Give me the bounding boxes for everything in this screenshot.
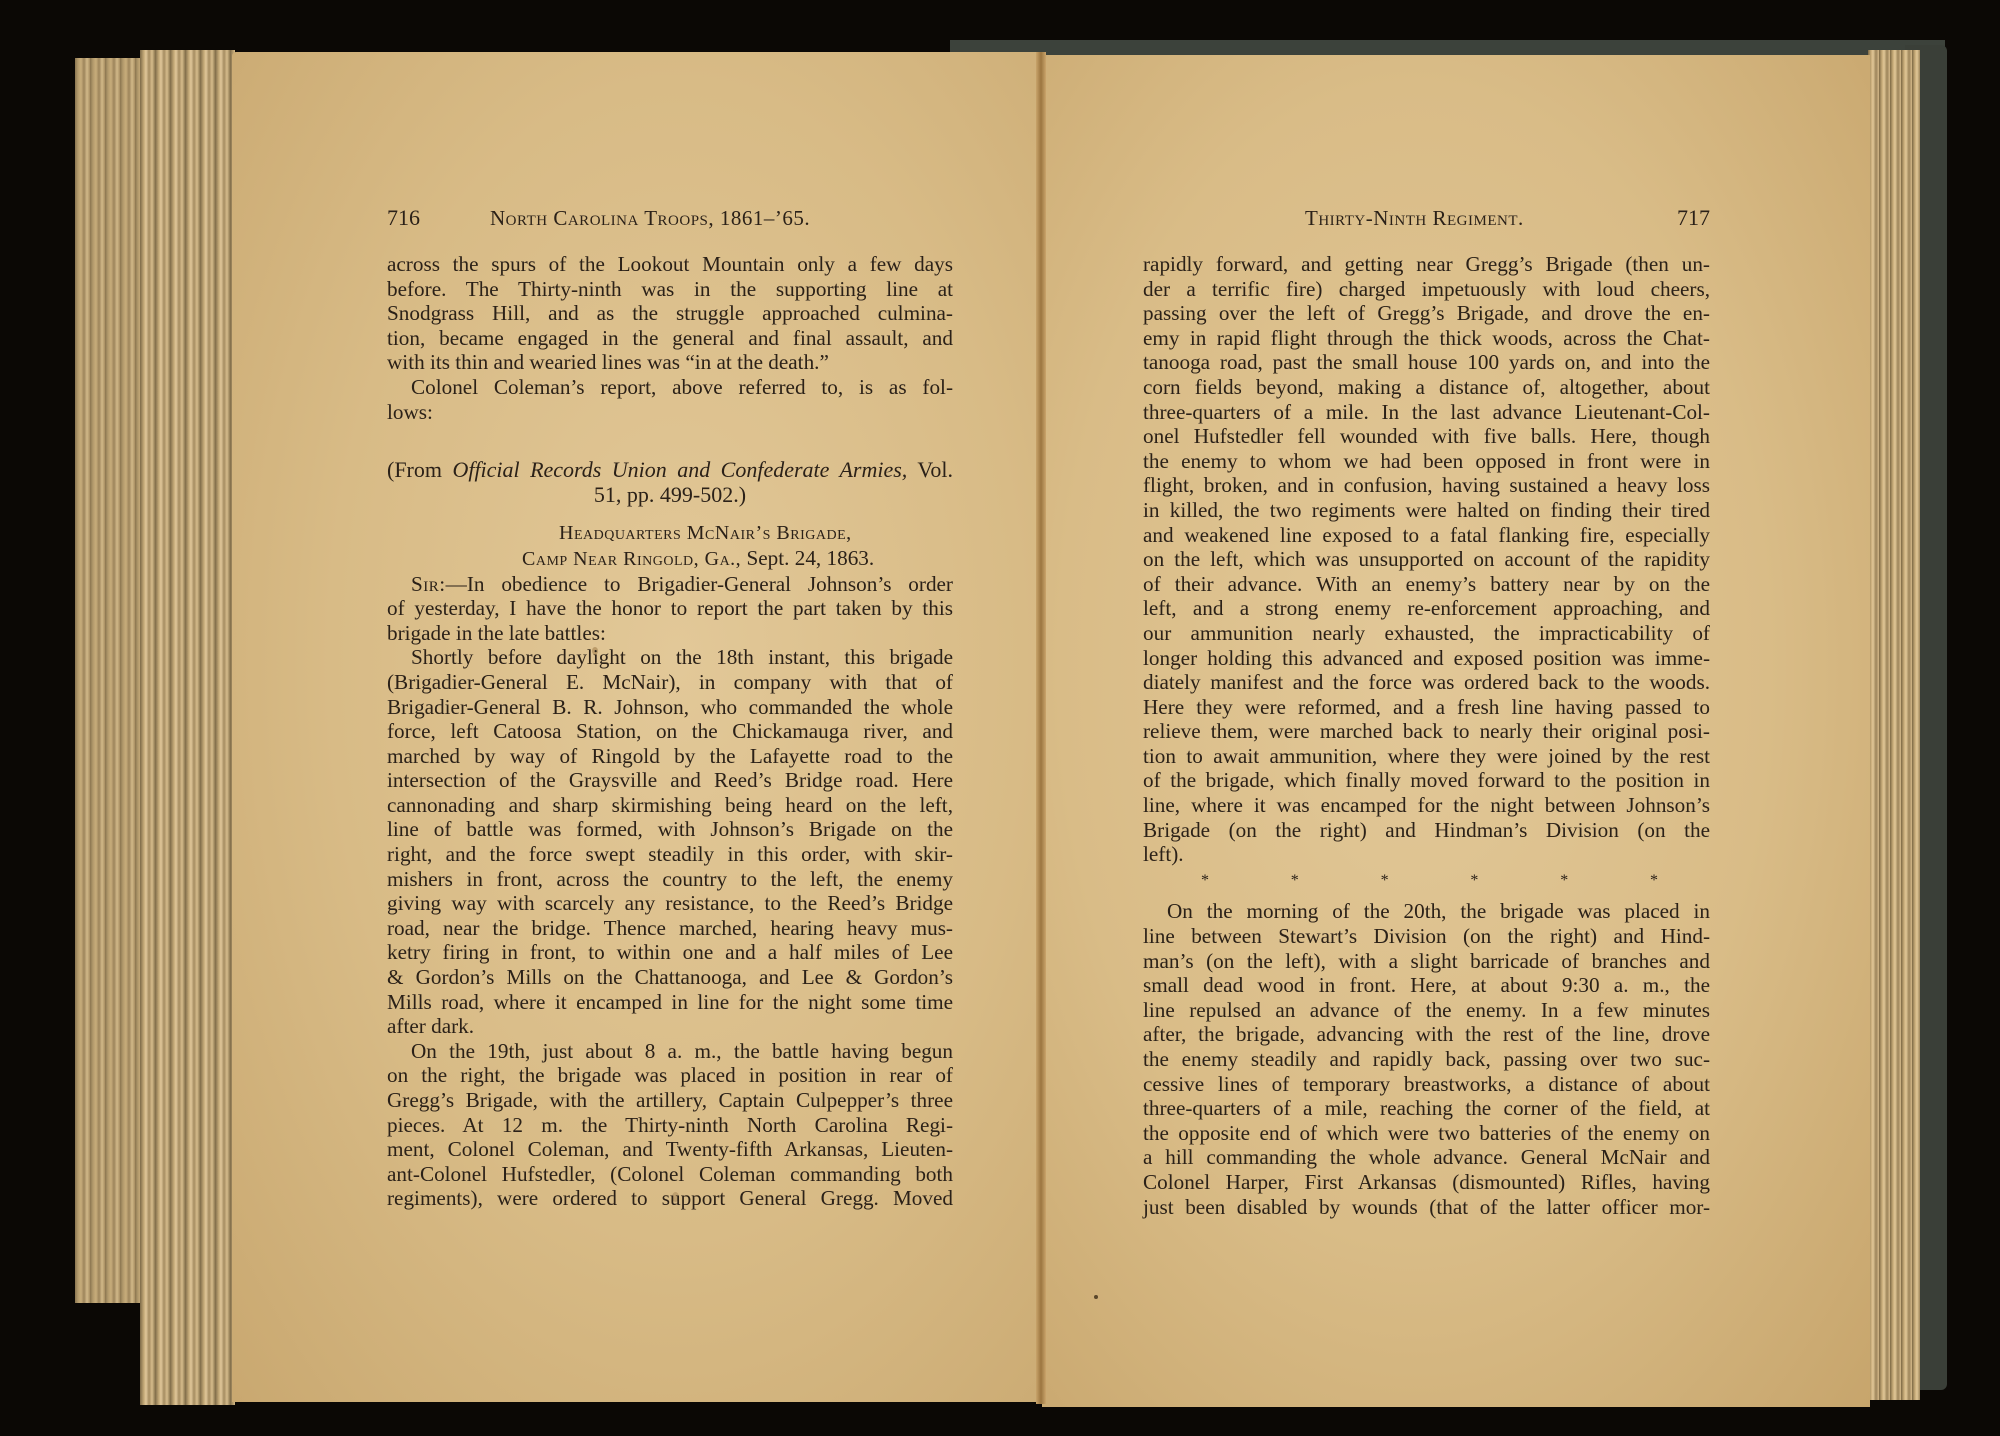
- text-line: the enemy steadily and rapidly back, pas…: [1143, 1047, 1710, 1072]
- ink-dot: [1094, 1295, 1098, 1299]
- text-line: diately manifest and the force was order…: [1143, 670, 1710, 695]
- text-line: Colonel Coleman’s report, above referred…: [387, 375, 953, 400]
- source-note: (From Official Records Union and Confede…: [387, 458, 953, 483]
- text-line: tanooga road, past the small house 100 y…: [1143, 350, 1710, 375]
- text-line: marched by way of Ringold by the Lafayet…: [387, 744, 953, 769]
- text-line: pieces. At 12 m. the Thirty-ninth North …: [387, 1113, 953, 1138]
- source-note-suffix: Vol.: [907, 457, 953, 482]
- text-line: with its thin and wearied lines was “in …: [387, 350, 953, 375]
- text-line: ant-Colonel Hufstedler, (Colonel Coleman…: [387, 1162, 953, 1187]
- text-line: ment, Colonel Coleman, and Twenty-fifth …: [387, 1137, 953, 1162]
- text-line: man’s (on the left), with a slight barri…: [1143, 949, 1710, 974]
- text-line: tion to await ammunition, where they wer…: [1143, 744, 1710, 769]
- text-line: a hill commanding the whole advance. Gen…: [1143, 1145, 1710, 1170]
- text-line: in killed, the two regiments were halted…: [1143, 498, 1710, 523]
- left-text-column: across the spurs of the Lookout Mountain…: [387, 252, 953, 1211]
- star: *: [1650, 869, 1658, 894]
- text-line: der a terrific fire) charged impetuously…: [1143, 277, 1710, 302]
- text-line: & Gordon’s Mills on the Chattanooga, and…: [387, 965, 953, 990]
- page-edges-left-inner: [140, 50, 235, 1405]
- text-line: across the spurs of the Lookout Mountain…: [387, 252, 953, 277]
- star: *: [1201, 869, 1209, 894]
- text-line: of their advance. With an enemy’s batter…: [1143, 572, 1710, 597]
- text-line: brigade in the late battles:: [387, 621, 953, 646]
- text-line: left, and a strong enemy re-enforcement …: [1143, 596, 1710, 621]
- salutation: Sir:: [411, 572, 446, 596]
- text-line: onel Hufstedler fell wounded with five b…: [1143, 424, 1710, 449]
- text-line: emy in rapid flight through the thick wo…: [1143, 326, 1710, 351]
- text-line: and weakened line exposed to a fatal fla…: [1143, 523, 1710, 548]
- text-line: on the left, which was unsupported on ac…: [1143, 547, 1710, 572]
- star: *: [1381, 869, 1389, 894]
- text-line: cessive lines of temporary breastworks, …: [1143, 1072, 1710, 1097]
- running-head-left: North Carolina Troops, 1861–’65.: [490, 206, 810, 231]
- text-line: our ammunition nearly exhausted, the imp…: [1143, 621, 1710, 646]
- text-line: the opposite end of which were two batte…: [1143, 1121, 1710, 1146]
- text-line: relieve them, were marched back to nearl…: [1143, 719, 1710, 744]
- source-title: Official Records Union and Confederate A…: [452, 457, 907, 482]
- text-line: regiments), were ordered to support Gene…: [387, 1186, 953, 1211]
- text-line: Mills road, where it encamped in line fo…: [387, 990, 953, 1015]
- source-note-line2: 51, pp. 499-502.): [387, 483, 953, 508]
- text-line: on the right, the brigade was placed in …: [387, 1063, 953, 1088]
- text-line: cannonading and sharp skirmishing being …: [387, 793, 953, 818]
- text-line: Colonel Harper, First Arkansas (dismount…: [1143, 1170, 1710, 1195]
- spacer: [387, 424, 953, 458]
- right-text-column: rapidly forward, and getting near Gregg’…: [1143, 252, 1710, 1219]
- page-edges-right: [1868, 50, 1920, 1400]
- text-line: rapidly forward, and getting near Gregg’…: [1143, 252, 1710, 277]
- spacer: [387, 507, 953, 521]
- text-line: Brigade (on the right) and Hindman’s Div…: [1143, 818, 1710, 843]
- dateline-line1: Headquarters McNair’s Brigade,: [387, 521, 953, 546]
- text-line: line between Stewart’s Division (on the …: [1143, 924, 1710, 949]
- text-line: line, where it was encamped for the nigh…: [1143, 793, 1710, 818]
- text-line: force, left Catoosa Station, on the Chic…: [387, 719, 953, 744]
- text-line: line of battle was formed, with Johnson’…: [387, 817, 953, 842]
- text-line: (Brigadier-General E. McNair), in compan…: [387, 670, 953, 695]
- text-line: line repulsed an advance of the enemy. I…: [1143, 998, 1710, 1023]
- text-line: On the morning of the 20th, the brigade …: [1143, 899, 1710, 924]
- text-line: three-quarters of a mile. In the last ad…: [1143, 400, 1710, 425]
- text-line: ketry firing in front, to within one and…: [387, 940, 953, 965]
- page-number-right: 717: [1677, 205, 1710, 231]
- text-line: road, near the bridge. Thence marched, h…: [387, 916, 953, 941]
- text-line: Here they were reformed, and a fresh lin…: [1143, 695, 1710, 720]
- text-line: of yesterday, I have the honor to report…: [387, 596, 953, 621]
- text-line: corn fields beyond, making a distance of…: [1143, 375, 1710, 400]
- text-line: flight, broken, and in confusion, having…: [1143, 473, 1710, 498]
- salutation-text: —In obedience to Brigadier-General Johns…: [446, 572, 953, 596]
- text-line: right, and the force swept steadily in t…: [387, 842, 953, 867]
- star: *: [1560, 869, 1568, 894]
- text-line: left).: [1143, 842, 1710, 867]
- text-line: tion, became engaged in the general and …: [387, 326, 953, 351]
- text-line: mishers in front, across the country to …: [387, 867, 953, 892]
- text-line: longer holding this advanced and exposed…: [1143, 646, 1710, 671]
- text-line: small dead wood in front. Here, at about…: [1143, 973, 1710, 998]
- text-line: three-quarters of a mile, reaching the c…: [1143, 1096, 1710, 1121]
- left-running-head-row: 716 North Carolina Troops, 1861–’65.: [387, 205, 953, 231]
- text-line: Sir:—In obedience to Brigadier-General J…: [387, 572, 953, 597]
- star: *: [1470, 869, 1478, 894]
- text-line: the enemy to whom we had been opposed in…: [1143, 449, 1710, 474]
- text-line: just been disabled by wounds (that of th…: [1143, 1195, 1710, 1220]
- dateline-place: Camp Near Ringold, Ga.,: [522, 548, 741, 570]
- source-note-prefix: (From: [387, 457, 452, 482]
- book-gutter-line: [1036, 52, 1046, 1404]
- dateline-date: Sept. 24, 1863.: [741, 546, 874, 570]
- text-line: after, the brigade, advancing with the r…: [1143, 1022, 1710, 1047]
- text-line: before. The Thirty-ninth was in the supp…: [387, 277, 953, 302]
- dateline-line2: Camp Near Ringold, Ga., Sept. 24, 1863.: [387, 546, 953, 572]
- text-line: lows:: [387, 400, 953, 425]
- text-line: Gregg’s Brigade, with the artillery, Cap…: [387, 1088, 953, 1113]
- text-line: giving way with scarcely any resistance,…: [387, 891, 953, 916]
- text-line: Brigadier-General B. R. Johnson, who com…: [387, 695, 953, 720]
- running-head-right: Thirty-Ninth Regiment.: [1305, 206, 1524, 231]
- text-line: intersection of the Graysville and Reed’…: [387, 768, 953, 793]
- text-line: Snodgrass Hill, and as the struggle appr…: [387, 301, 953, 326]
- text-line: Shortly before daylight on the 18th inst…: [387, 645, 953, 670]
- star: *: [1291, 869, 1299, 894]
- text-line: after dark.: [387, 1014, 953, 1039]
- text-line: On the 19th, just about 8 a. m., the bat…: [387, 1039, 953, 1064]
- text-line: of the brigade, which finally moved forw…: [1143, 768, 1710, 793]
- page-number-left: 716: [387, 205, 420, 230]
- section-break-stars: * * * * * *: [1143, 869, 1710, 894]
- text-line: passing over the left of Gregg’s Brigade…: [1143, 301, 1710, 326]
